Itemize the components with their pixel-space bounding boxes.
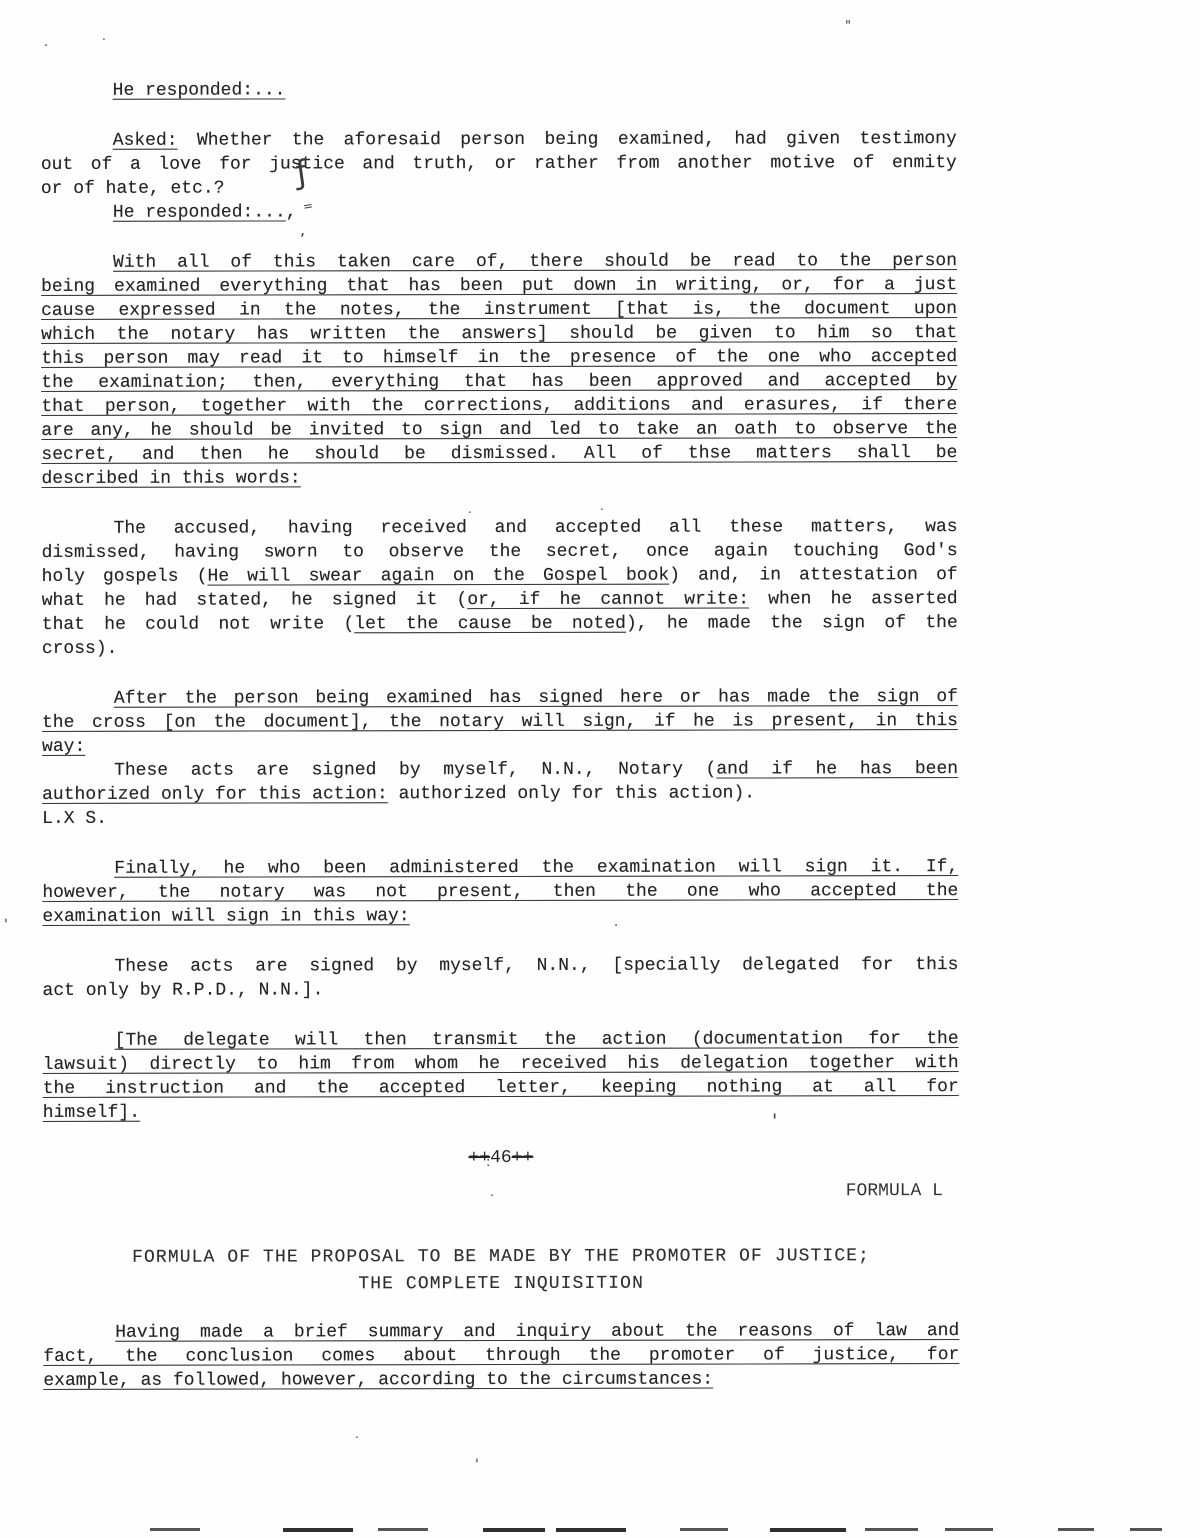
scan-mark: , [300,222,305,238]
section-heading-line2: THE COMPLETE INQUISITION [43,1270,959,1299]
text-line: Finally, he who been administered the ex… [42,855,958,881]
text-line: this person may read it to himself in th… [41,345,957,371]
section-heading-line1: FORMULA OF THE PROPOSAL TO BE MADE BY TH… [43,1243,959,1272]
underlined-text: secret, and then he should be dismissed.… [41,443,957,465]
text-line: examination will sign in this way: [42,903,958,929]
underlined-text: which the notary has written the answers… [41,323,957,345]
underlined-text: example, as followed, however, according… [43,1370,713,1391]
formula-label: FORMULA L [43,1179,959,1205]
underlined-text: however, the notary was not present, the… [42,881,958,903]
paragraph-after-signing-and-notary: After the person being examined has sign… [42,685,958,831]
paragraph-the-accused: The accused, having received and accepte… [42,515,958,661]
text-line: out of a love for justice and truth, or … [41,151,957,177]
text-line: secret, and then he should be dismissed.… [41,441,957,467]
scan-mark: . [468,503,472,515]
plain-text: L.X S. [42,809,107,829]
plain-text: that he could not write ( [42,614,355,635]
page-number: ++46++ [43,1145,959,1171]
text-line: or of hate, etc.? [41,175,957,201]
bottom-dash [283,1528,353,1532]
underlined-text: described in this words: [41,468,300,489]
underlined-text: [The delegate will then transmit the act… [115,1029,959,1051]
underlined-text: He will swear again on the Gospel book [208,566,670,587]
bottom-dash [556,1528,626,1532]
paragraph-finally: Finally, he who been administered the ex… [42,855,958,929]
underlined-text: He responded:... [113,202,286,222]
scan-mark: ' [4,918,8,932]
text-line: the cross [on the document], the notary … [42,709,958,735]
bottom-dash [1058,1528,1094,1531]
text-line: Having made a brief summary and inquiry … [43,1319,959,1345]
plain-text: or of hate, etc.? [41,179,225,199]
text-line: authorized only for this action: authori… [42,781,958,807]
underlined-text: and if he has been [716,759,958,780]
underlined-text: let the cause be noted [354,614,626,635]
text-line: which the notary has written the answers… [41,321,957,347]
underlined-text: being examined everything that has been … [41,275,957,297]
scan-mark: . [44,36,48,49]
plain-text: dismissed, having sworn to observe the s… [42,541,958,563]
paragraph-having-made-summary: Having made a brief summary and inquiry … [43,1319,959,1393]
text-line: These acts are signed by myself, N.N., N… [42,757,958,783]
page-number-strike-right: ++ [512,1148,534,1168]
text-line: lawsuit) directly to him from whom he re… [43,1051,959,1077]
text-line: cross). [42,635,958,661]
text-line: the examination; then, everything that h… [41,369,957,395]
text-line: being examined everything that has been … [41,273,957,299]
underlined-text: After the person being examined has sign… [114,687,958,709]
underlined-text: this person may read it to himself in th… [41,347,957,369]
plain-text: Whether the aforesaid person being exami… [178,129,957,151]
plain-text: out of a love for justice and truth, or … [41,153,957,175]
text-line: He responded:... [41,77,957,103]
underlined-text: the instruction and the accepted letter,… [43,1077,959,1099]
bottom-dash [150,1528,200,1531]
scan-mark: ' [475,1458,479,1472]
underlined-text: examination will sign in this way: [42,906,409,927]
scan-mark: : [486,1156,490,1169]
bottom-dash [483,1528,545,1532]
bottom-dash [770,1528,846,1532]
bottom-dash [378,1528,428,1531]
scan-mark: . [102,30,106,42]
plain-text: cross). [42,639,118,659]
underlined-text: Having made a brief summary and inquiry … [115,1321,959,1343]
text-line: cause expressed in the notes, the instru… [41,297,957,323]
underlined-text: that person, together with the correctio… [41,395,957,417]
paragraph-with-all-of-this: With all of this taken care of, there sh… [41,249,958,491]
underlined-text: Finally, he who been administered the ex… [114,857,958,879]
scan-mark: = [302,199,314,213]
underlined-text: lawsuit) directly to him from whom he re… [43,1053,959,1075]
underlined-text: the cross [on the document], the notary … [42,711,958,733]
plain-text: The accused, having received and accepte… [114,517,958,539]
document-paragraphs-upper: He responded:...Asked: Whether the afore… [41,77,959,1125]
section-heading: FORMULA OF THE PROPOSAL TO BE MADE BY TH… [43,1243,959,1299]
bottom-dash [865,1528,918,1531]
bottom-dash [945,1528,993,1531]
text-line: holy gospels (He will swear again on the… [42,563,958,589]
text-line: fact, the conclusion comes about through… [43,1343,959,1369]
underlined-text: or, if he cannot write: [467,589,749,610]
text-line: These acts are signed by myself, N.N., [… [42,953,958,979]
text-line: himself]. [43,1099,959,1125]
underlined-text: are any, he should be invited to sign an… [41,419,957,441]
paragraph-he-responded-1: He responded:... [41,77,957,103]
plain-text: These acts are signed by myself, N.N., [… [114,955,958,977]
text-line: act only by R.P.D., N.N.]. [43,977,959,1003]
document-page: He responded:...Asked: Whether the afore… [0,0,1200,1538]
underlined-text: He responded:... [113,80,286,100]
text-line: After the person being examined has sign… [42,685,958,711]
text-line: what he had stated, he signed it (or, if… [42,587,958,613]
text-line: are any, he should be invited to sign an… [41,417,957,443]
text-line: described in this words: [41,465,957,491]
text-line: way: [42,733,958,759]
text-line: however, the notary was not present, the… [42,879,958,905]
scan-mark: ' [772,1112,777,1131]
text-line: that he could not write (let the cause b… [42,611,958,637]
paragraph-these-acts-delegate: These acts are signed by myself, N.N., [… [42,953,958,1003]
underlined-text: With all of this taken care of, there sh… [113,251,957,273]
plain-text: These acts are signed by myself, N.N., N… [114,760,716,781]
scan-mark: . [355,1428,359,1440]
text-line: Asked: Whether the aforesaid person bein… [41,127,957,153]
paragraph-the-delegate: [The delegate will then transmit the act… [43,1027,959,1125]
underlined-text: cause expressed in the notes, the instru… [41,299,957,321]
text-line: With all of this taken care of, there sh… [41,249,957,275]
text-line: He responded:..., [41,199,957,225]
plain-text: what he had stated, he signed it ( [42,590,468,611]
scan-mark: . [614,916,618,929]
plain-text: holy gospels ( [42,567,208,587]
document-paragraphs-lower: Having made a brief summary and inquiry … [43,1319,959,1393]
bottom-dash [680,1528,728,1531]
plain-text: ), he made the sign of the [626,613,958,634]
text-line: example, as followed, however, according… [43,1367,959,1393]
text-line: the instruction and the accepted letter,… [43,1075,959,1101]
scan-mark: . [600,500,604,512]
plain-text: when he asserted [749,589,958,609]
underlined-text: the examination; then, everything that h… [41,371,957,393]
text-line: L.X S. [42,805,958,831]
scan-mark: . [490,1186,494,1198]
underlined-text: himself]. [43,1103,140,1123]
underlined-text: fact, the conclusion comes about through… [43,1345,959,1367]
underlined-text: Asked: [113,131,178,151]
underlined-text: authorized only for this action: [42,784,388,805]
plain-text: act only by R.P.D., N.N.]. [43,980,324,1001]
plain-text: ) and, in attestation of [669,565,958,586]
underlined-text: way: [42,737,85,757]
paragraph-asked: Asked: Whether the aforesaid person bein… [41,127,957,225]
text-line: that person, together with the correctio… [41,393,957,419]
document-body: He responded:...Asked: Whether the afore… [41,77,960,1393]
text-line: dismissed, having sworn to observe the s… [42,539,958,565]
text-line: [The delegate will then transmit the act… [43,1027,959,1053]
bottom-dash [1130,1528,1162,1531]
text-line: The accused, having received and accepte… [42,515,958,541]
plain-text: authorized only for this action). [388,783,755,804]
scan-mark: " [845,20,851,33]
page-number-value: 46 [490,1148,512,1168]
plain-text: , [286,202,297,222]
